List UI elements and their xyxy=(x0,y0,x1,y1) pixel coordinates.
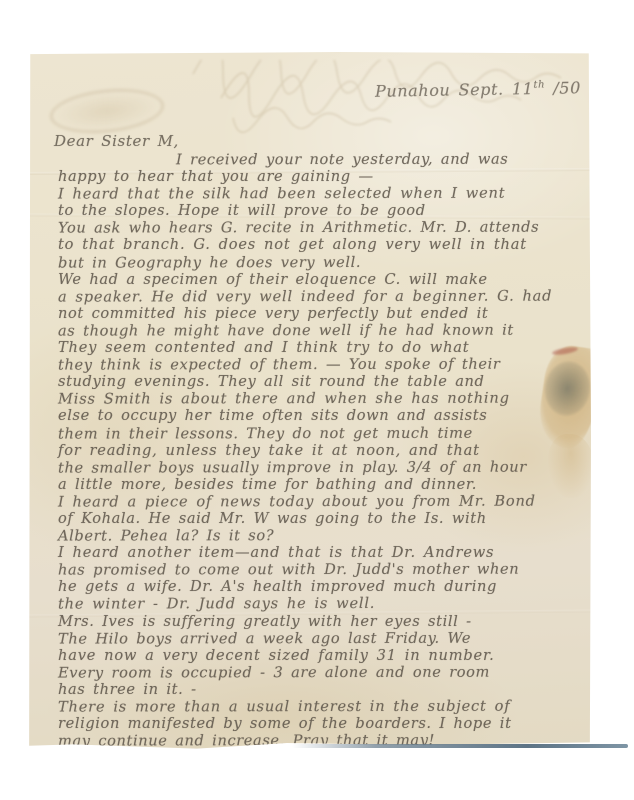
letter-line: for reading, unless they take it at noon… xyxy=(58,442,591,459)
letter-line: I heard another item—and that is that Dr… xyxy=(58,544,591,561)
letter-line: I heard a piece of news today about you … xyxy=(58,492,591,510)
letter-line: happy to hear that you are gaining — xyxy=(58,168,591,185)
letter-line: Albert. Pehea la? Is it so? xyxy=(58,527,591,545)
letter-paper: Punahou Sept. 11th /50 Dear Sister M, I … xyxy=(28,52,591,750)
letter-line: he gets a wife. Dr. A's health improved … xyxy=(58,578,591,595)
letter-line: the winter - Dr. Judd says he is well. xyxy=(58,595,591,613)
dateline: Punahou Sept. 11th /50 xyxy=(375,78,581,101)
letter-line: There is more than a usual interest in t… xyxy=(58,697,591,715)
letter-line: has three in it. - xyxy=(58,681,591,698)
letter-line: We had a specimen of their eloquence C. … xyxy=(58,271,591,288)
letter-line: religion manifested by some of the board… xyxy=(58,715,591,732)
letter-body: I received your note yesterday, and wash… xyxy=(58,151,591,749)
letter-line: as though he might have done well if he … xyxy=(58,321,591,339)
letter-line: they think is expected of them. — You sp… xyxy=(58,356,591,374)
letter-line: Every room is occupied - 3 are alone and… xyxy=(58,663,591,681)
letter-line: studying evenings. They all sit round th… xyxy=(58,373,591,390)
page-edge-shadow xyxy=(292,744,628,748)
letter-line: to the slopes. Hope it will prove to be … xyxy=(58,202,591,219)
letter-line: The Hilo boys arrived a week ago last Fr… xyxy=(58,629,591,647)
dateline-ordinal: th xyxy=(533,80,545,91)
letter-line: I heard that the silk had been selected … xyxy=(58,185,591,203)
letter-line: not committed his piece very perfectly b… xyxy=(58,305,591,322)
letter-line: to that branch. G. does not get along ve… xyxy=(58,236,591,253)
letter-line: Miss Smith is about there and when she h… xyxy=(58,390,591,408)
letter-line: a little more, besides time for bathing … xyxy=(58,476,591,493)
letter-line: have now a very decent sized family 31 i… xyxy=(58,647,591,664)
letter-line: else to occupy her time often sits down … xyxy=(58,407,591,424)
letter-line: Mrs. Ives is suffering greatly with her … xyxy=(58,613,591,630)
dateline-place-date: Punahou Sept. 11 xyxy=(375,79,534,101)
scan-background: Punahou Sept. 11th /50 Dear Sister M, I … xyxy=(0,0,634,800)
letter-line: them in their lessons. They do not get m… xyxy=(58,424,591,442)
letter-line: a speaker. He did very well indeed for a… xyxy=(58,287,591,305)
dateline-year: /50 xyxy=(545,78,581,98)
letter-line: but in Geography he does very well. xyxy=(58,253,591,271)
letter-line: of Kohala. He said Mr. W was going to th… xyxy=(58,510,591,527)
letter-line: has promised to come out with Dr. Judd's… xyxy=(58,561,591,579)
letter-line: I received your note yesterday, and was xyxy=(58,150,591,168)
letter-line: They seem contented and I think try to d… xyxy=(58,339,591,356)
salutation: Dear Sister M, xyxy=(54,132,179,150)
letter-scan: { "page": { "background_color": "#ffffff… xyxy=(0,0,634,800)
letter-line: the smaller boys usually improve in play… xyxy=(58,458,591,476)
letter-line: You ask who hears G. recite in Arithmeti… xyxy=(58,219,591,237)
